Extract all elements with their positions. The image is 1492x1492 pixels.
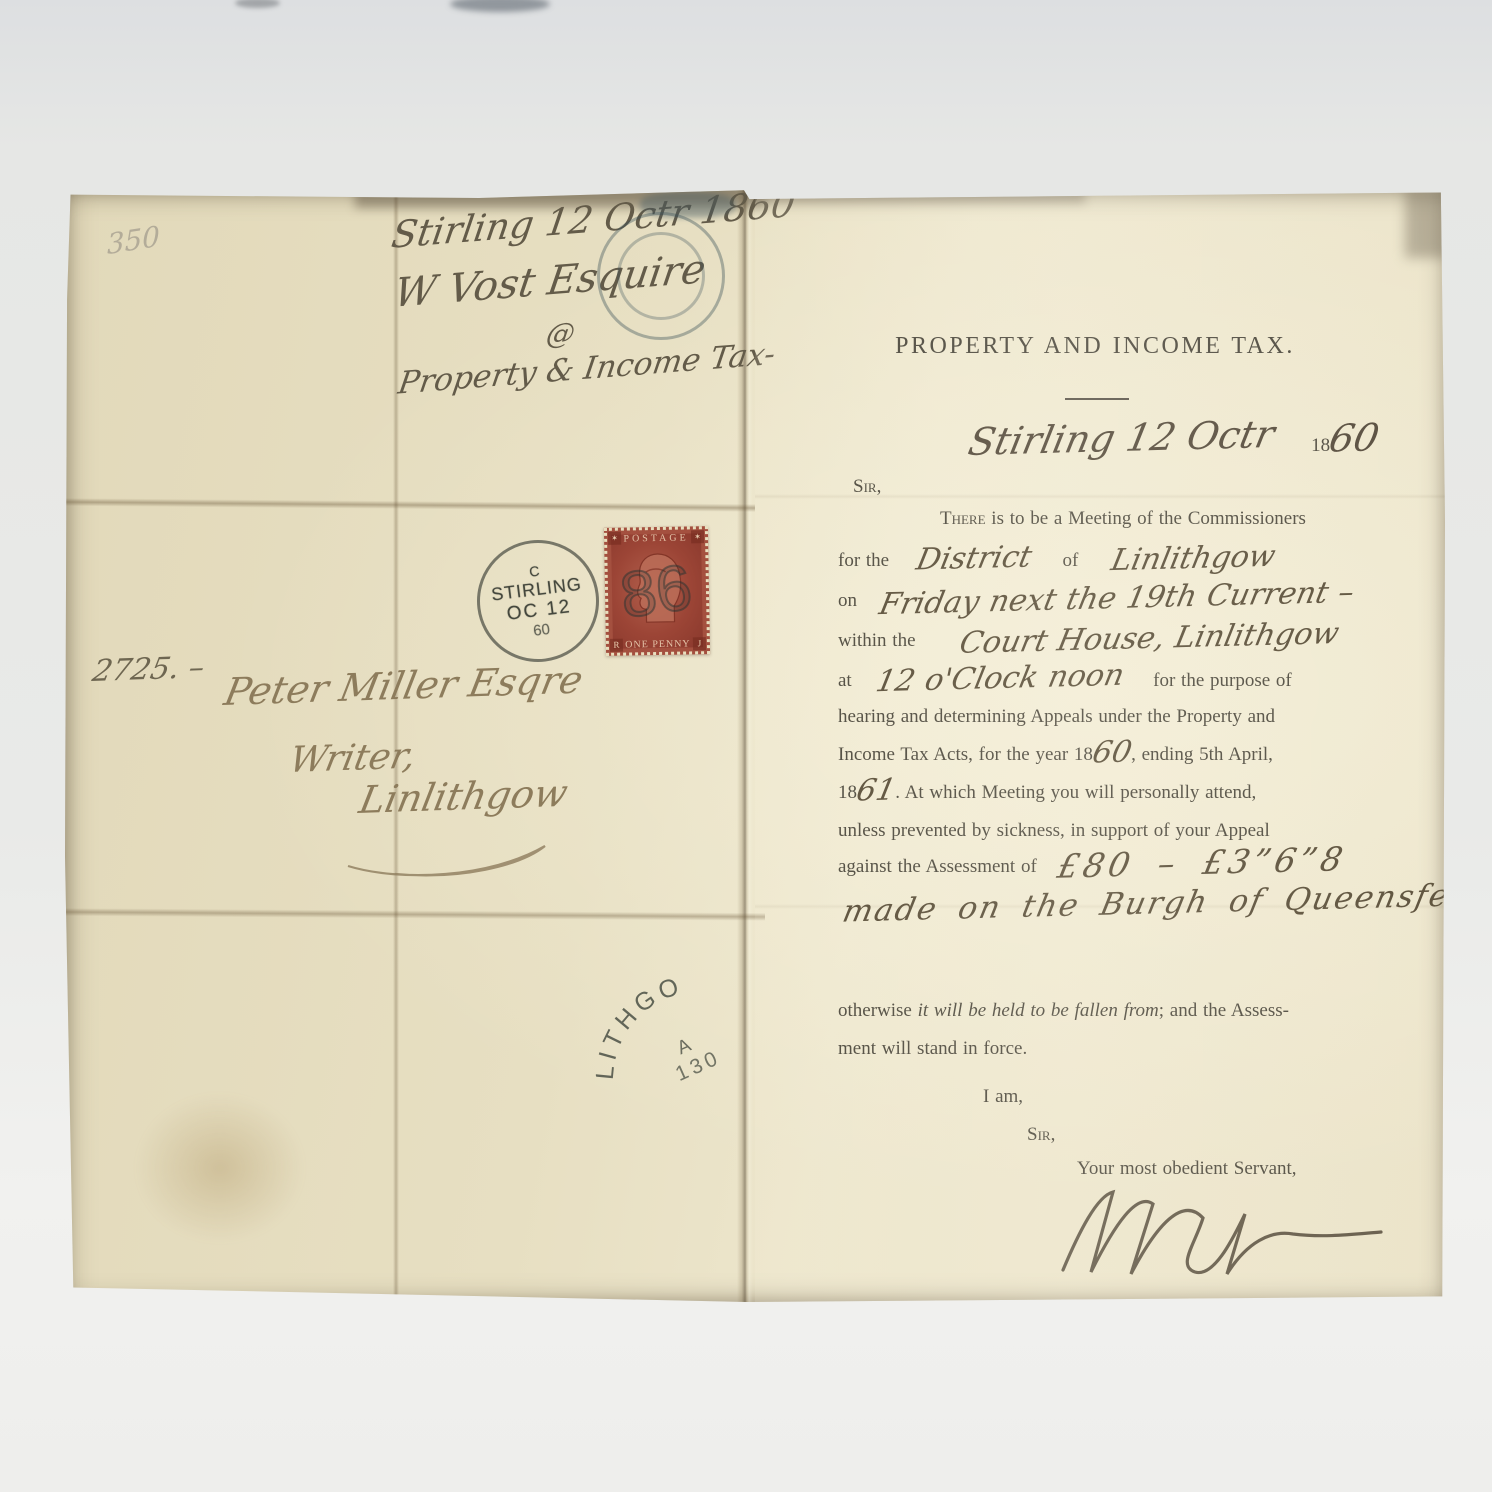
lower-fold-line [65,908,765,921]
background-smudge [450,0,550,12]
body-line-7: Income Tax Acts, for the year 1860, endi… [838,744,1273,766]
cds-year: 60 [532,621,551,640]
dateline-handwritten-year: 60 [1325,415,1383,460]
printed-text: of [1063,550,1079,571]
handwritten-year-61: 61 [857,791,895,792]
handwritten-year-60: 60 [1093,753,1131,754]
postmark-smudge-circle [617,232,705,320]
document-paper: 350 Stirling 12 Octr 1860 W Vost Esquire… [65,188,1445,1302]
numeral-cancel: 86 [596,547,715,636]
salutation: Sir, [853,476,881,498]
body-line-1: There is to be a Meeting of the Commissi… [940,508,1306,530]
printed-italic-text: it will be held to be fallen from [918,1000,1159,1021]
printed-text: for the [838,550,889,571]
printed-text: at [838,670,852,691]
printed-text: Income Tax Acts, for the year 18 [838,744,1093,765]
handwritten-linlithgow: Linlithgow [1112,557,1275,561]
printed-text: , ending 5th April, [1131,744,1273,765]
dateline-handwriting: Stirling 12 Octr [965,412,1279,464]
body-line-5: at 12 o'Clock noon for the purpose of [838,670,1292,692]
printed-text: . At which Meeting you will personally a… [895,782,1256,803]
body-line-1-lead: There [940,508,986,529]
postmark-smudge [640,192,735,218]
handwritten-district: District [917,558,1032,561]
cds-index-letter: C [528,563,540,580]
stirling-datestamp: C STIRLING OC 12 60 [470,533,606,669]
closing-line-1: otherwise it will be held to be fallen f… [838,1000,1289,1022]
photo-of-document: { "photo": { "background": "#e8e9e7", "p… [0,0,1492,1492]
body-line-9: unless prevented by sickness, in support… [838,820,1270,842]
printed-text: for the purpose of [1153,670,1292,691]
stain-blot [135,1093,305,1243]
handwritten-assessment-amount: £80 – £3”6”8 [1058,859,1346,866]
printed-text: against the Assessment of [838,856,1037,877]
handwritten-court-house: Court House, Linlithgow [960,634,1339,644]
corner-soiling [1405,188,1449,258]
printed-text: otherwise [838,1000,918,1021]
address-line-1: Peter Miller Esqre [221,658,587,714]
address-line-2: Writer, [286,736,420,781]
notice-dateline: Stirling 12 Octr 1860 [970,416,1378,460]
printed-text: on [838,590,857,611]
body-line-4: within the Court House, Linlithgow [838,630,1338,652]
closing-line-2: ment will stand in force. [838,1038,1027,1060]
title-rule [1065,398,1129,400]
notice-title: PROPERTY AND INCOME TAX. [845,333,1345,360]
valediction-sir: Sir, [1027,1124,1055,1146]
signature-w-vost [1045,1174,1395,1294]
handwritten-date-of-meeting: Friday next the 19th Current – [879,593,1353,605]
stamp-one-penny-label: ONE PENNY [609,638,707,651]
stamp-ornament-tl: ✶ [608,532,621,545]
body-line-8: 1861. At which Meeting you will personal… [838,782,1256,804]
body-line-3: on Friday next the 19th Current – [838,590,1352,612]
valediction-i-am: I am, [983,1086,1023,1108]
upper-fold-line [65,498,755,512]
reference-number: 2725. – [90,650,208,689]
body-line-2: for the District of Linlithgow [838,550,1274,572]
pencil-number: 350 [107,219,160,261]
body-line-10: against the Assessment of £80 – £3”6”8 [838,856,1345,878]
printed-text: ; and the Assess- [1159,1000,1289,1021]
stamp-ornament-tr: ✶ [691,530,704,543]
handwritten-burgh-of-queensferry: made on the Burgh of Queensferry [843,894,1492,911]
address-flourish [340,836,570,880]
body-line-1-rest: is to be a Meeting of the Commissioners [986,508,1306,529]
background-smudge [235,0,280,8]
printed-text: within the [838,630,916,651]
address-line-3: Linlithgow [356,771,572,822]
handwritten-time: 12 o'Clock noon [877,676,1124,682]
body-line-11: made on the Burgh of Queensferry [845,898,1492,916]
body-line-6: hearing and determining Appeals under th… [838,706,1275,728]
